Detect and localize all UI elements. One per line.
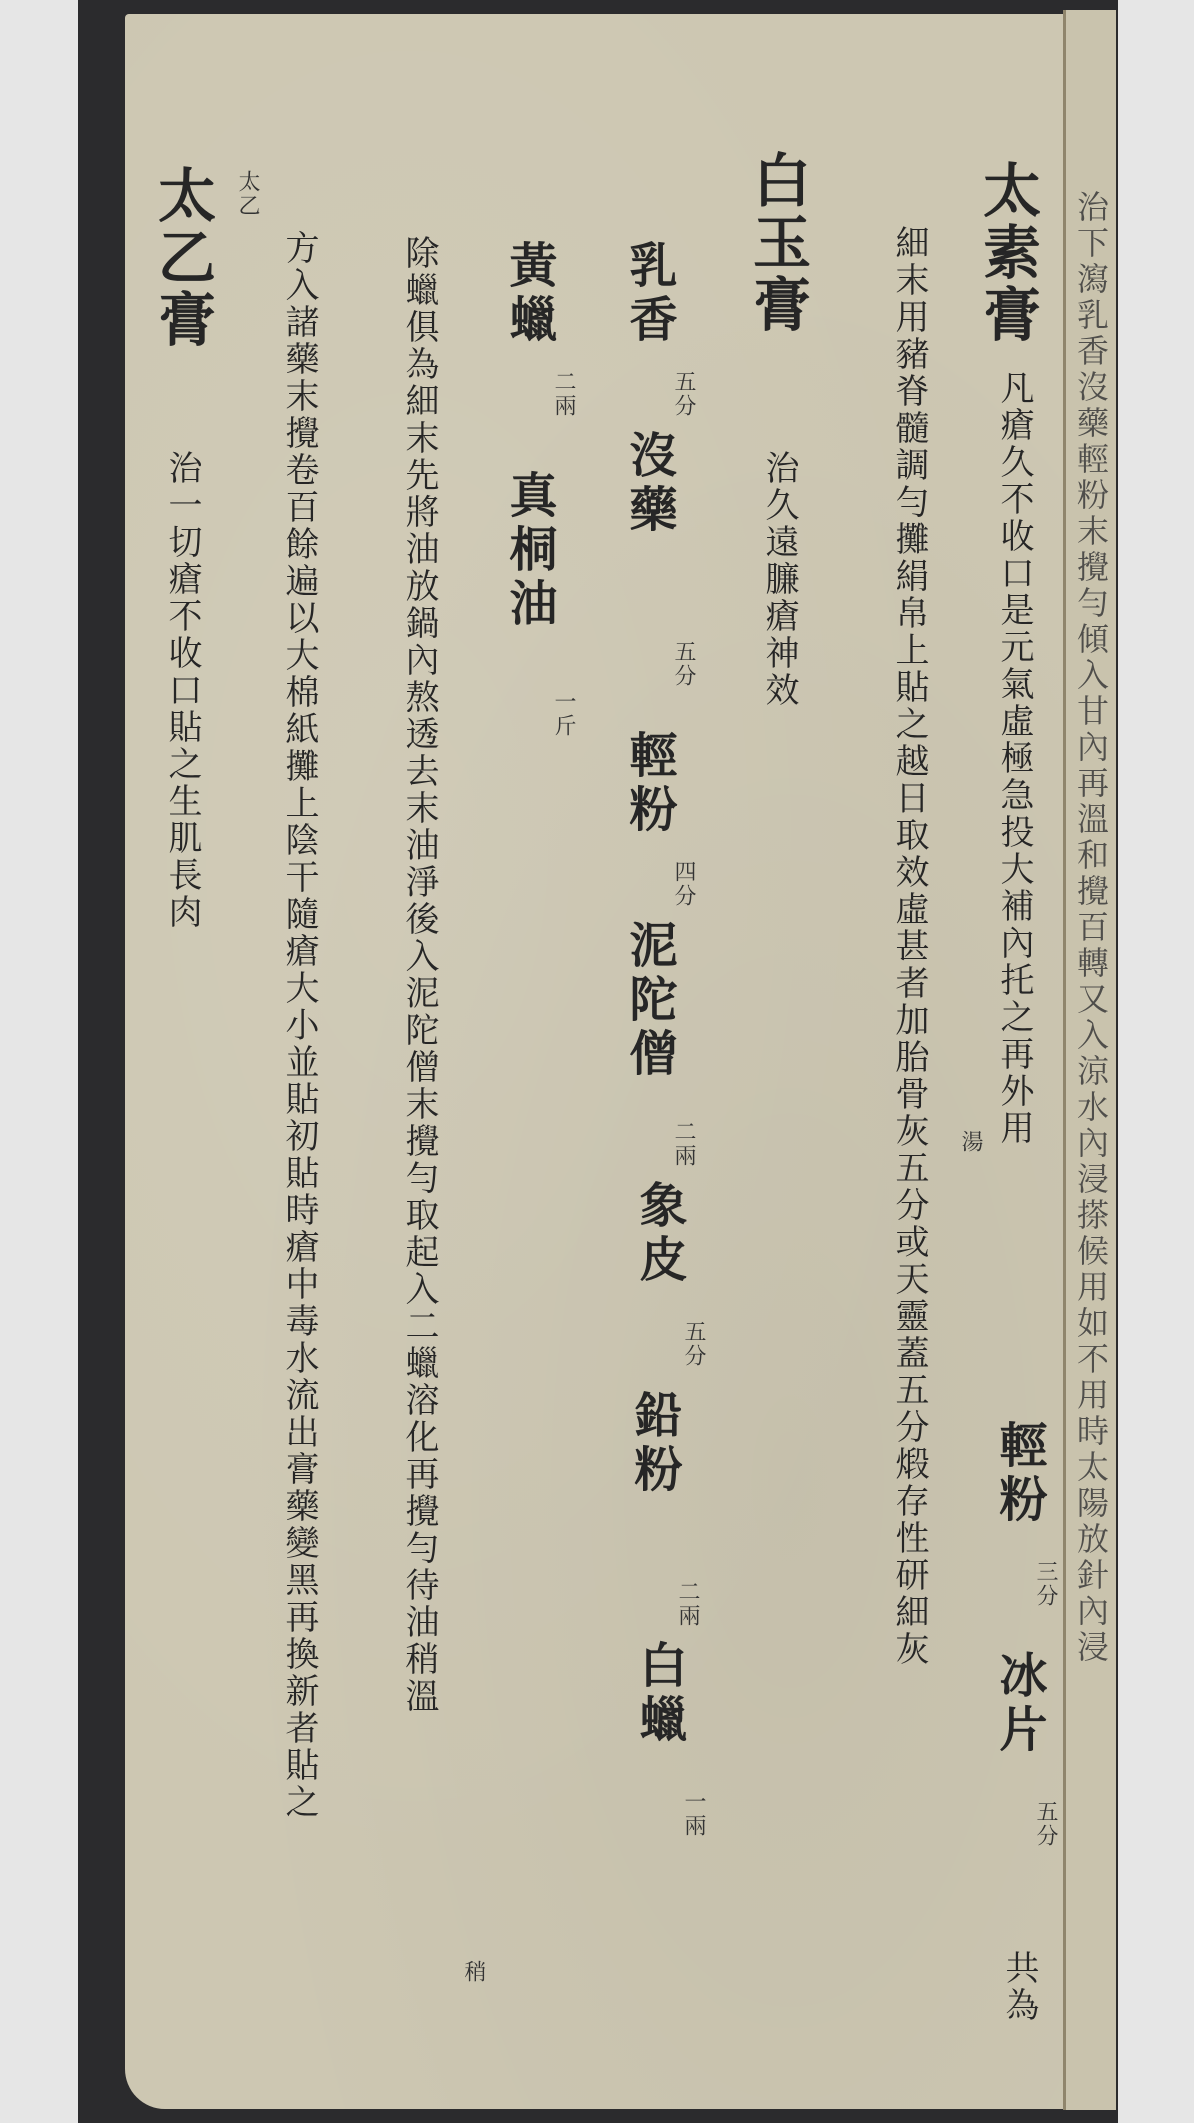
recipe-tail: 共為 [995,1950,1044,2024]
ingredient-amount: 二兩 [548,370,579,418]
recipe-desc-taisu: 凡瘡久不收口是元氣虛極急投大補內托之再外用 [990,370,1039,1147]
title-annotation: 太乙 [232,170,263,218]
ingredient-name: 冰片 [985,1650,1054,1758]
ingredient-amount: 四分 [668,860,699,908]
recipe-title-baiyu: 白玉膏 [735,150,819,336]
ingredient-amount: 五分 [668,640,699,688]
recipe-prep-baiyu-2: 方入諸藥末攪卷百餘遍以大棉紙攤上陰干隨瘡大小並貼初貼時瘡中毒水流出膏藥變黑再換新… [275,230,324,1821]
ingredient-amount: 二兩 [668,1120,699,1168]
ingredient-name: 泥陀僧 [615,920,684,1082]
ingredient-amount: 二兩 [672,1580,703,1628]
ingredient-name: 白蠟 [625,1640,694,1748]
recipe-desc-baiyu: 治久遠臁瘡神效 [755,450,804,709]
recipe-prep-baiyu: 除蠟俱為細末先將油放鍋內熬透去末油淨後入泥陀僧末攪勻取起入二蠟溶化再攪勻待油稍溫 [395,235,444,1715]
ingredient-amount: 三分 [1030,1560,1061,1608]
margin-note: 湯 [955,1130,986,1154]
recipe-title-taiyi: 太乙膏 [140,165,224,351]
ingredient-amount: 五分 [668,370,699,418]
ingredient-name: 沒藥 [615,430,684,538]
ingredient-amount: 五分 [678,1320,709,1368]
ingredient-name: 象皮 [625,1180,694,1288]
adjacent-page-text: 治下瀉乳香沒藥輕粉末攪勻傾入甘內再溫和攪百轉又入涼水內浸搽候用如不用時太陽放針內… [1070,190,1114,2090]
margin-note: 稍 [458,1960,489,1984]
ingredient-amount: 五分 [1030,1800,1061,1848]
ingredient-name: 鉛粉 [620,1390,689,1498]
ingredient-name: 輕粉 [985,1420,1054,1528]
recipe-prep-taisu: 細末用豬脊髓調勻攤絹帛上貼之越日取效虛甚者加胎骨灰五分或天靈蓋五分煅存性研細灰 [885,225,934,1668]
ingredient-name: 真桐油 [495,470,564,632]
ingredient-name: 乳香 [615,240,684,348]
recipe-desc-taiyi: 治一切瘡不收口貼之生肌長肉 [158,450,207,931]
recipe-title-taisu: 太素膏 [965,160,1049,346]
ingredient-amount: 一斤 [548,690,579,738]
ingredient-name: 輕粉 [615,730,684,838]
ingredient-amount: 一兩 [678,1790,709,1838]
ingredient-name: 黃蠟 [495,240,564,348]
